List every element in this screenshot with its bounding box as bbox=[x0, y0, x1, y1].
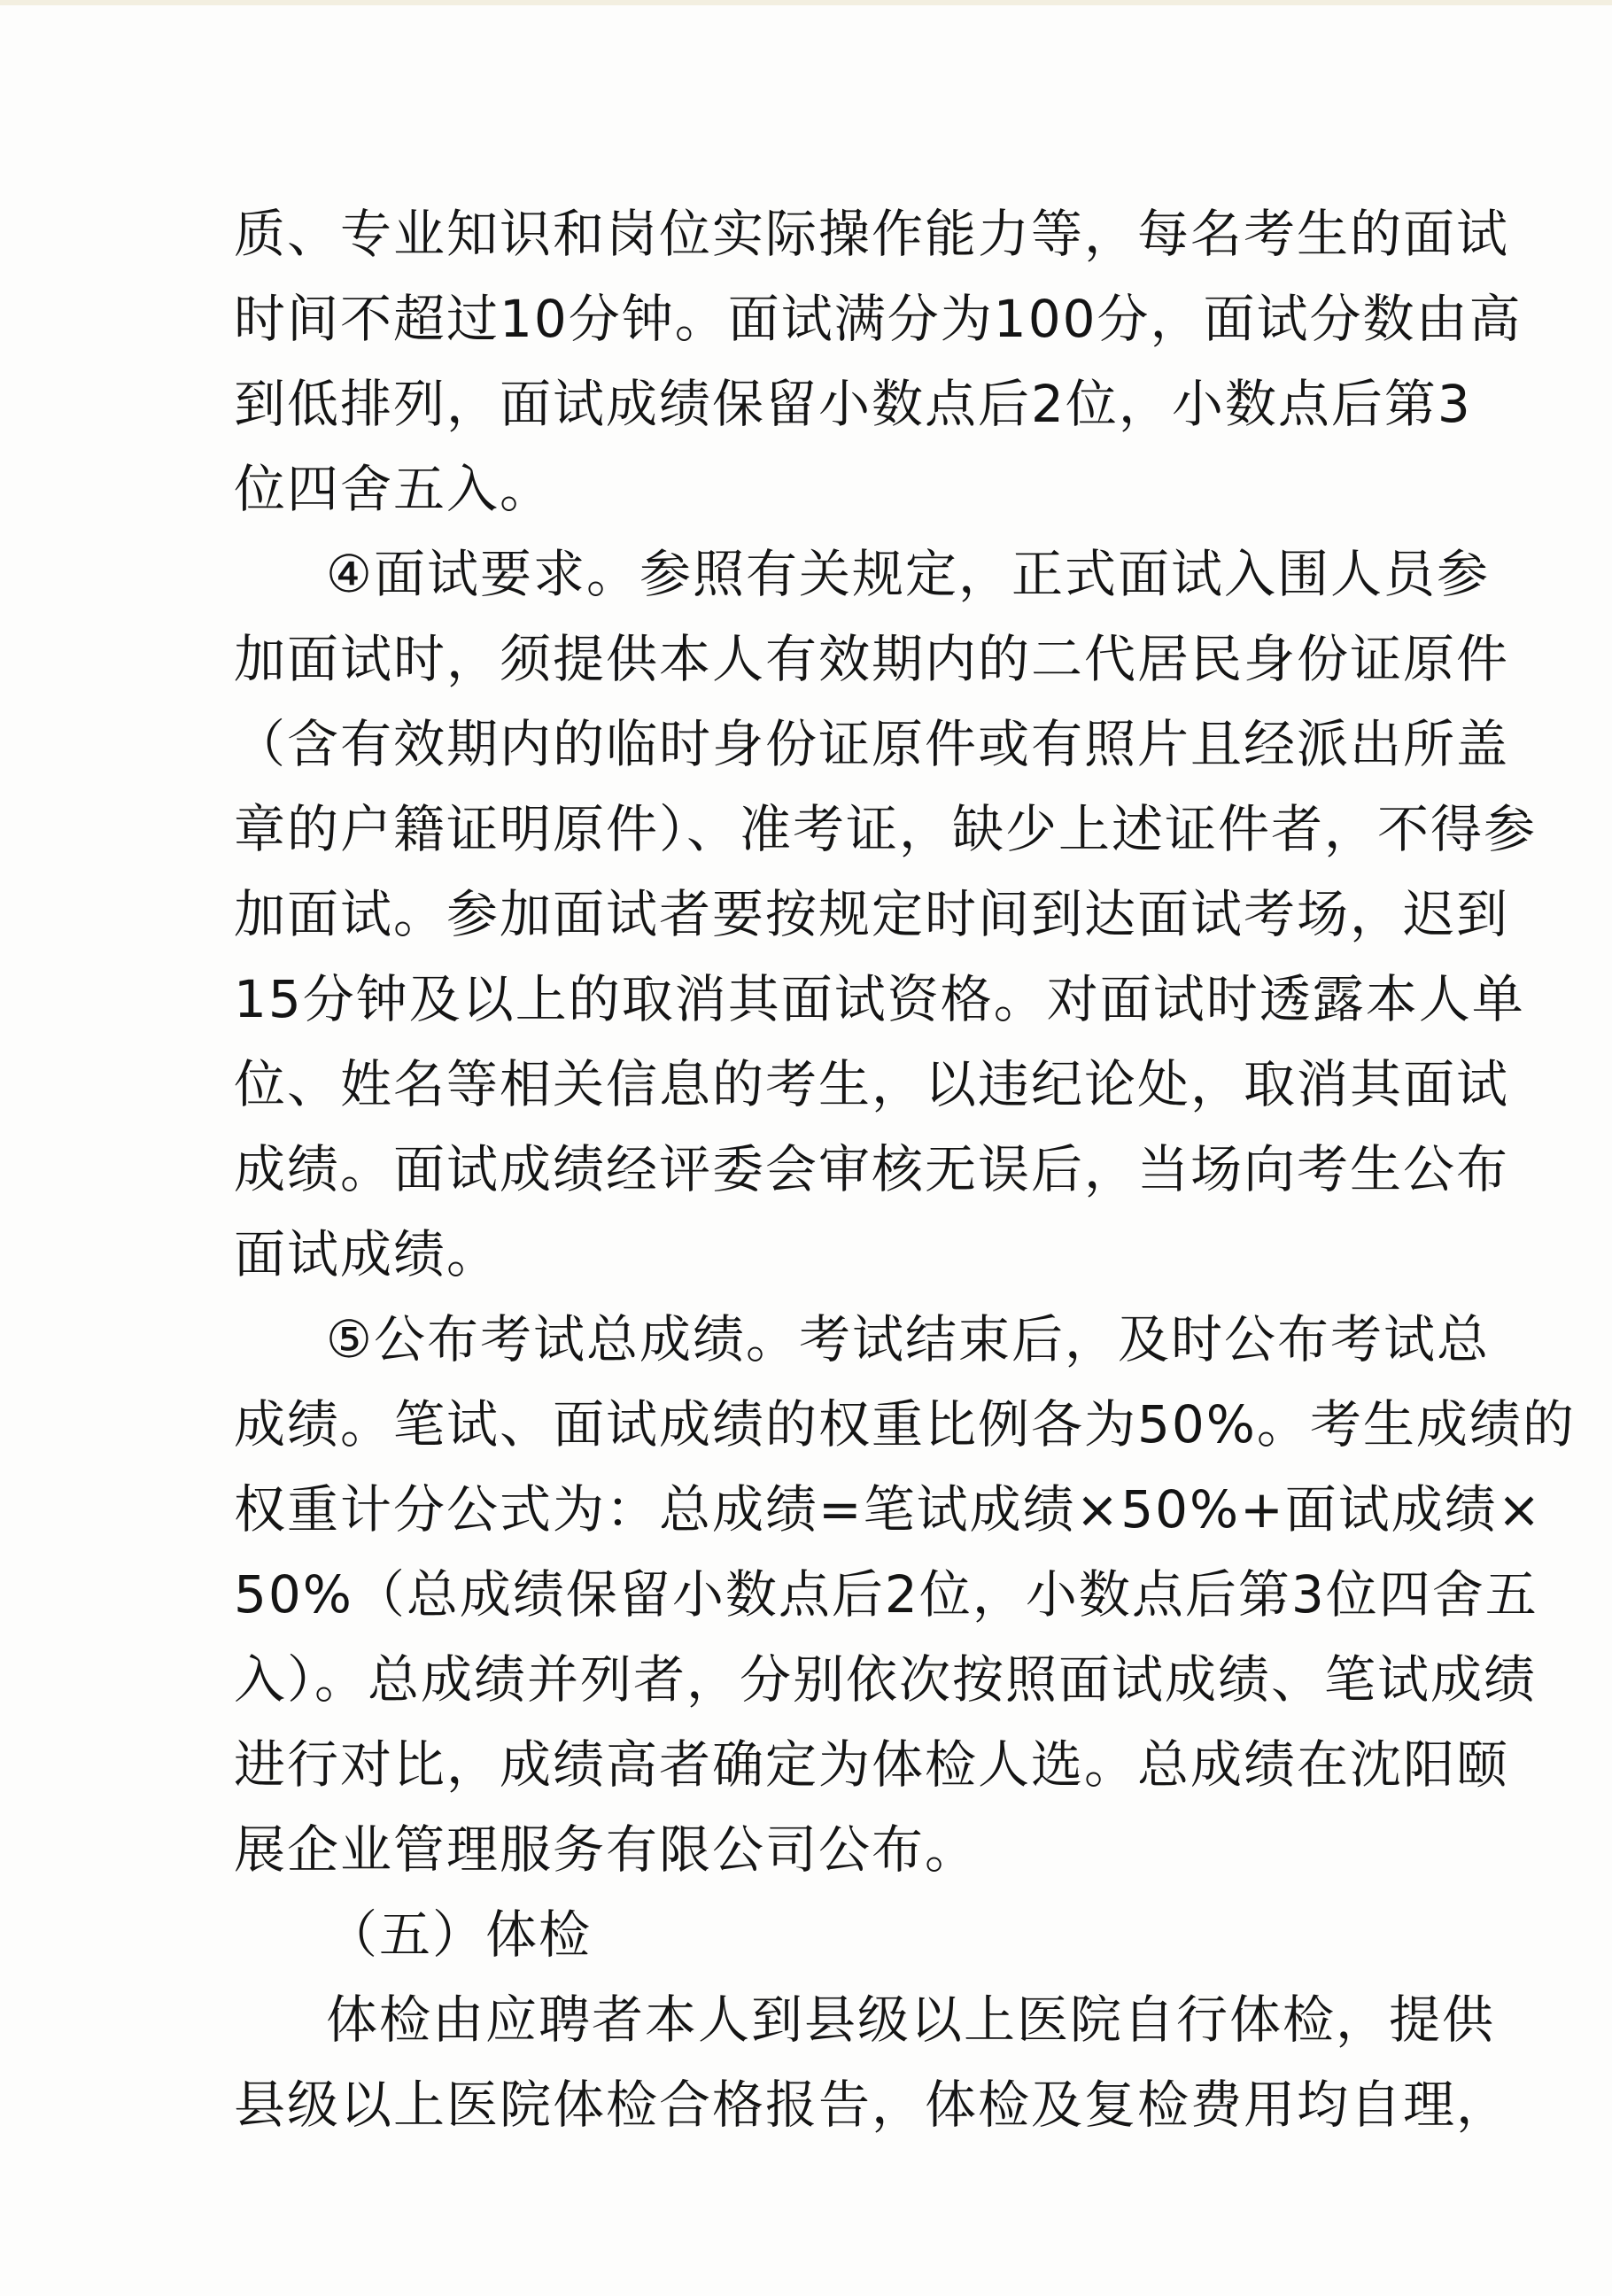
paragraph-line: 位、姓名等相关信息的考生，以违纪论处，取消其面试 bbox=[234, 1049, 1385, 1120]
paragraph-line: 15分钟及以上的取消其面试资格。对面试时透露本人单 bbox=[234, 964, 1385, 1035]
paragraph-line: 成绩。面试成绩经评委会审核无误后，当场向考生公布 bbox=[234, 1134, 1385, 1205]
paragraph-line: 体检由应聘者本人到县级以上医院自行体检，提供 bbox=[326, 1984, 1385, 2055]
paragraph-line: 县级以上医院体检合格报告，体检及复检费用均自理， bbox=[234, 2069, 1385, 2140]
scan-edge bbox=[0, 0, 1612, 5]
paragraph-line: 章的户籍证明原件）、准考证，缺少上述证件者，不得参 bbox=[234, 794, 1385, 865]
paragraph-line: ⑤公布考试总成绩。考试结束后，及时公布考试总 bbox=[326, 1304, 1385, 1375]
paragraph-line: ④面试要求。参照有关规定，正式面试入围人员参 bbox=[326, 539, 1385, 609]
paragraph-line: 面试成绩。 bbox=[234, 1219, 1385, 1290]
paragraph-line: 权重计分公式为：总成绩=笔试成绩×50%+面试成绩× bbox=[234, 1474, 1385, 1545]
paragraph-line: 50%（总成绩保留小数点后2位，小数点后第3位四舍五 bbox=[234, 1559, 1385, 1630]
paragraph-line: 加面试时，须提供本人有效期内的二代居民身份证原件 bbox=[234, 624, 1385, 694]
section-heading: （五）体检 bbox=[326, 1899, 1477, 1970]
paragraph-line: 质、专业知识和岗位实际操作能力等，每名考生的面试 bbox=[234, 198, 1385, 269]
paragraph-line: 位四舍五入。 bbox=[234, 454, 1385, 524]
paragraph-line: 加面试。参加面试者要按规定时间到达面试考场，迟到 bbox=[234, 879, 1385, 950]
paragraph-line: 成绩。笔试、面试成绩的权重比例各为50%。考生成绩的 bbox=[234, 1389, 1385, 1460]
paragraph-line: 展企业管理服务有限公司公布。 bbox=[234, 1814, 1385, 1885]
paragraph-line: 进行对比，成绩高者确定为体检人选。总成绩在沈阳颐 bbox=[234, 1729, 1385, 1800]
paragraph-line: 到低排列，面试成绩保留小数点后2位，小数点后第3 bbox=[234, 368, 1385, 439]
paragraph-line: （含有效期内的临时身份证原件或有照片且经派出所盖 bbox=[234, 709, 1385, 780]
paragraph-line: 入）。总成绩并列者，分别依次按照面试成绩、笔试成绩 bbox=[234, 1644, 1385, 1715]
paragraph-line: 时间不超过10分钟。面试满分为100分，面试分数由高 bbox=[234, 283, 1385, 354]
